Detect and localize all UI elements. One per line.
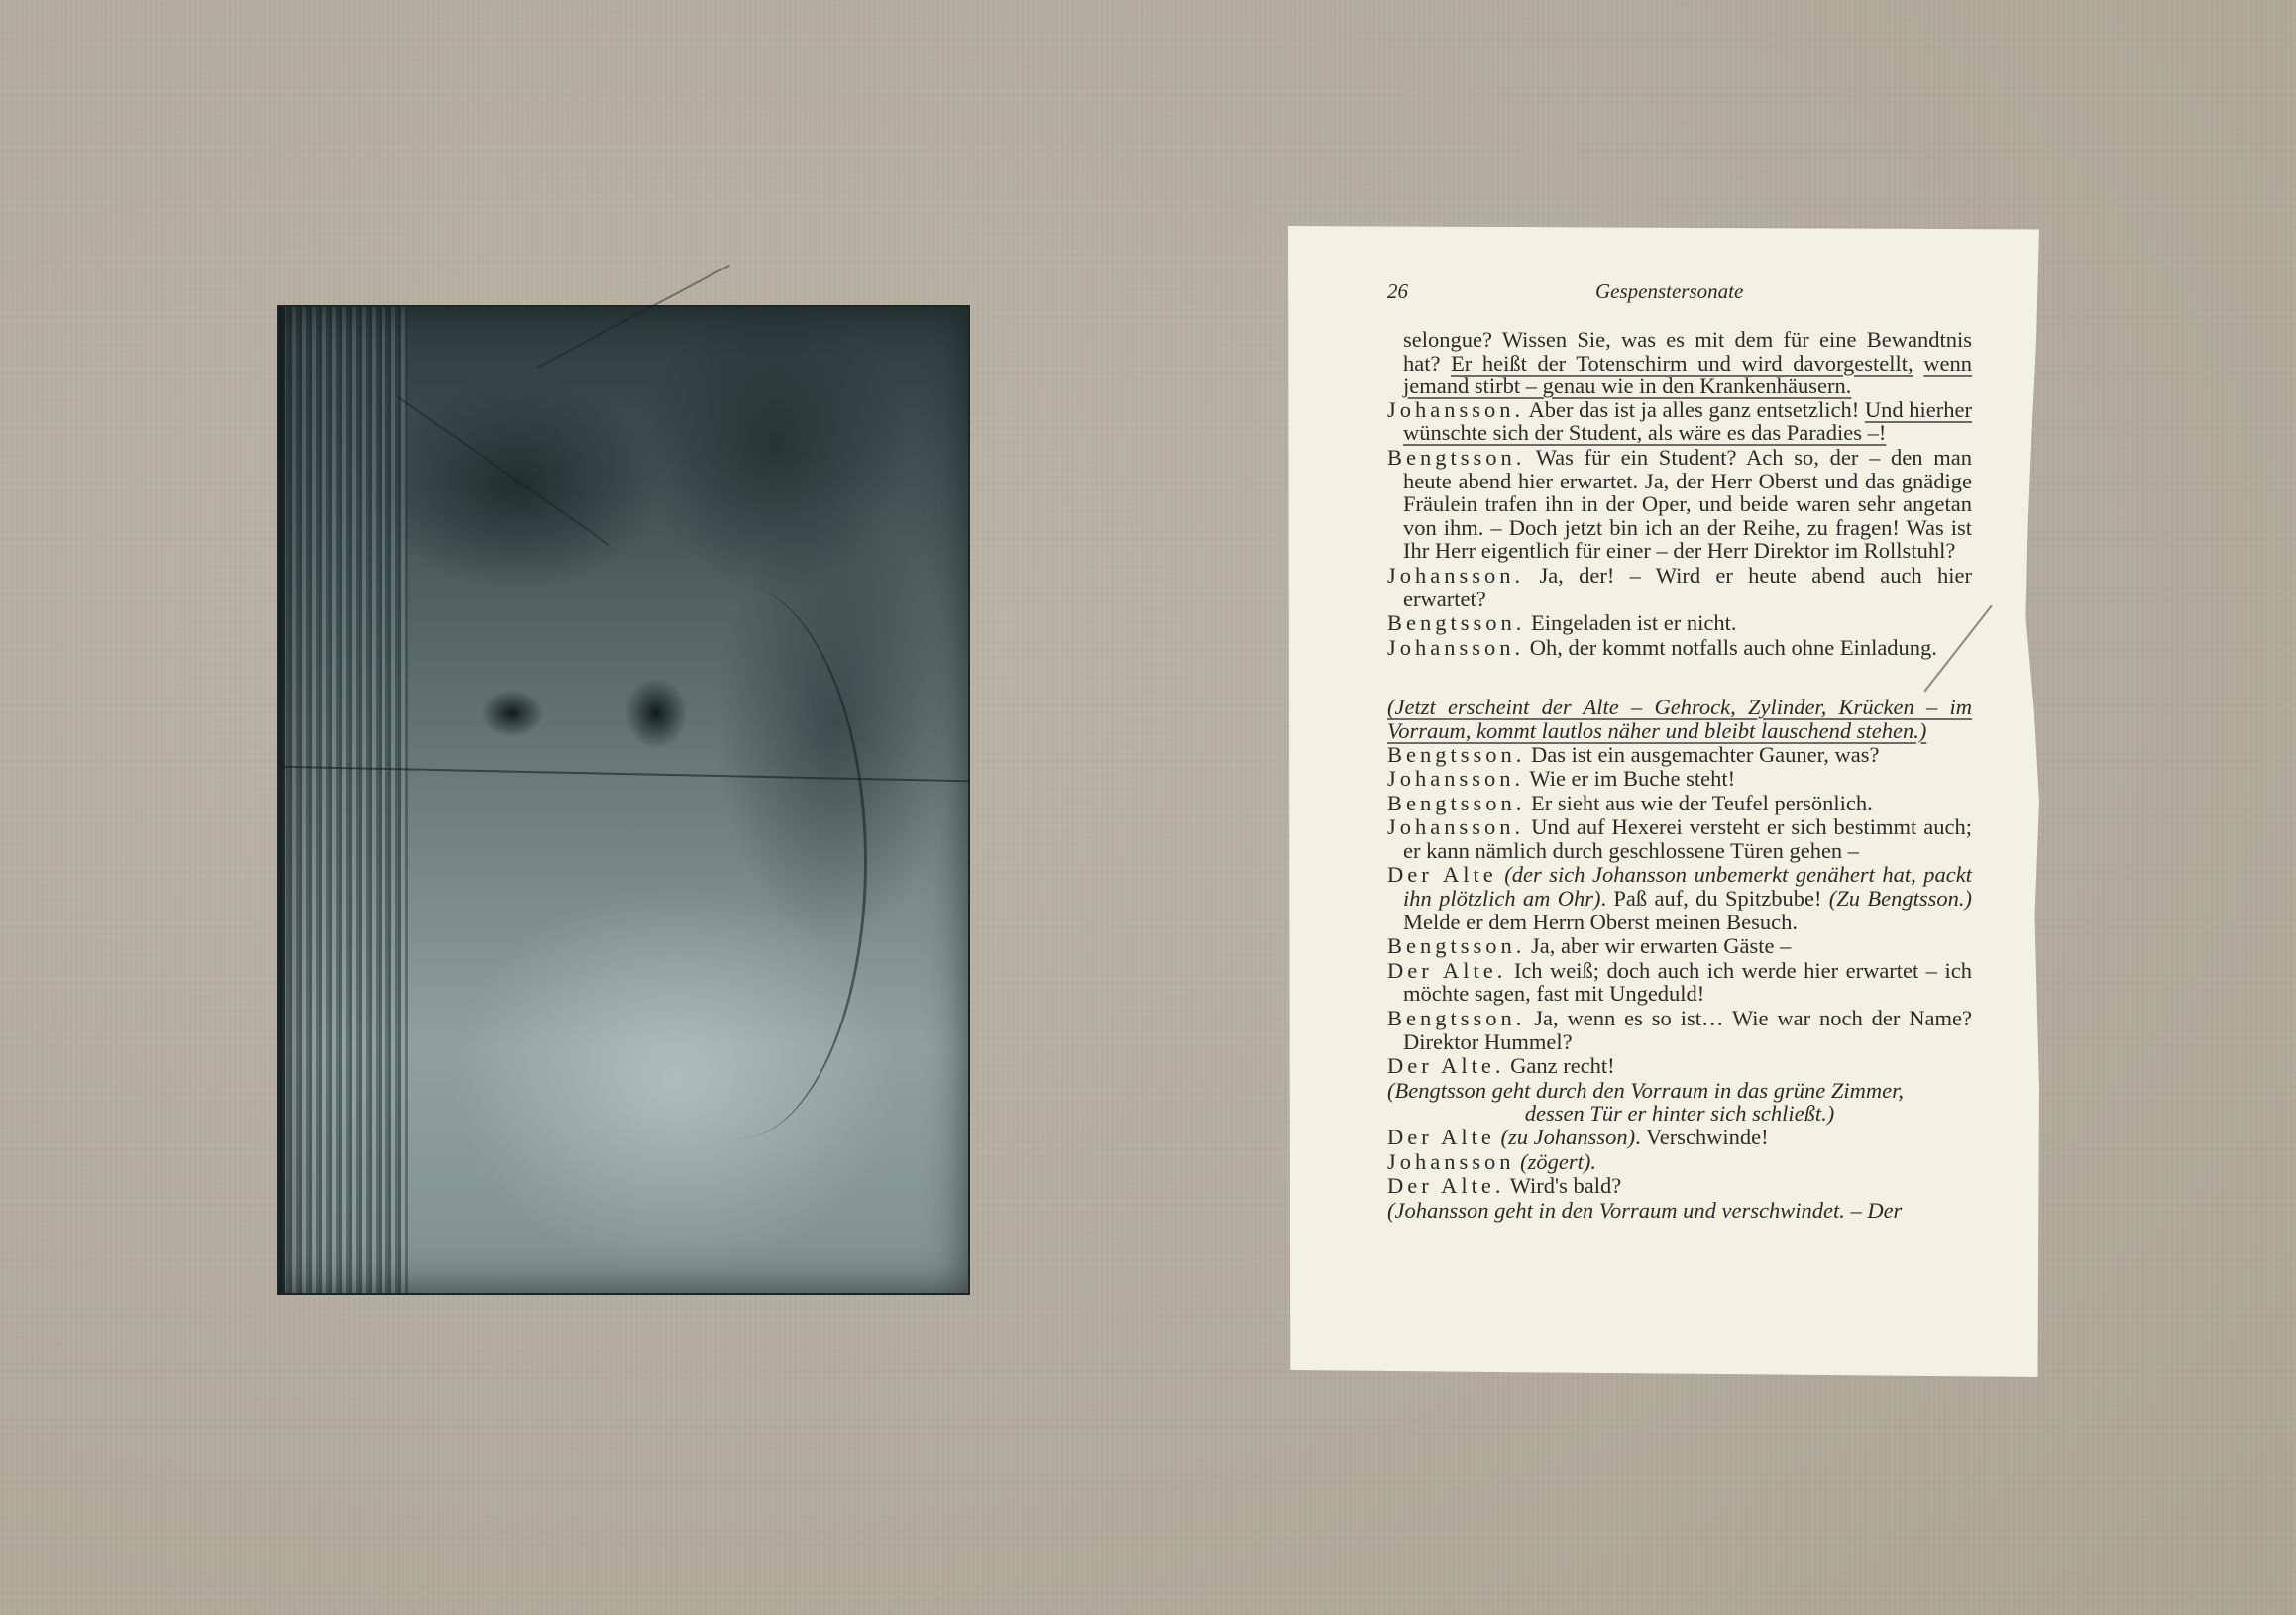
running-title: Gespenstersonate <box>1595 280 1743 304</box>
speaker: Bengtsson. <box>1387 933 1525 958</box>
speaker: Bengtsson. <box>1387 1006 1525 1030</box>
dialogue-line: Der Alte. Wird's bald? <box>1387 1174 1972 1198</box>
spacer <box>1387 660 1972 696</box>
dialogue-line: Der Alte. Ganz recht! <box>1387 1054 1972 1078</box>
speaker: Der Alte <box>1387 1125 1495 1149</box>
speaker: Der Alte. <box>1387 1173 1504 1198</box>
stage-direction: (Johansson geht in den Vorraum und versc… <box>1387 1199 1972 1223</box>
book-page: 26 Gespenstersonate selongue? Wissen Sie… <box>1288 226 2039 1377</box>
speaker: Der Alte <box>1387 862 1497 887</box>
speaker: Bengtsson. <box>1387 610 1525 635</box>
dialogue-line: Bengtsson. Das ist ein ausgemachter Gaun… <box>1387 743 1972 767</box>
speaker: Bengtsson. <box>1387 445 1525 470</box>
speaker: Johansson. <box>1387 397 1524 422</box>
dialogue-line: Bengtsson. Ja, aber wir erwarten Gäste – <box>1387 934 1972 958</box>
dialogue-line: Der Alte (der sich Johansson unbemerkt g… <box>1387 863 1972 933</box>
speaker: Johansson. <box>1387 563 1524 588</box>
stage-direction: (Jetzt erscheint der Alte – Gehrock, Zyl… <box>1387 696 1972 742</box>
speaker: Johansson. <box>1387 766 1524 791</box>
dialogue-line: Der Alte. Ich weiß; doch auch ich werde … <box>1387 959 1972 1006</box>
speaker: Der Alte. <box>1387 1053 1504 1078</box>
dialogue-line: Johansson. Wie er im Buche steht! <box>1387 767 1972 791</box>
page-number: 26 <box>1387 280 1408 304</box>
underlined-passage: Er heißt der Totenschirm und wird davorg… <box>1451 351 1913 376</box>
speaker: Johansson <box>1387 1149 1515 1174</box>
running-head: 26 Gespenstersonate <box>1387 280 1972 312</box>
dialogue-line: Johansson. Und auf Hexerei versteht er s… <box>1387 815 1972 862</box>
speaker: Bengtsson. <box>1387 791 1525 815</box>
speaker: Bengtsson. <box>1387 742 1525 767</box>
painting-stroke <box>537 265 730 369</box>
dialogue-line: Johansson. Aber das ist ja alles ganz en… <box>1387 398 1972 445</box>
dialogue-line: Bengtsson. Er sieht aus wie der Teufel p… <box>1387 792 1972 815</box>
speaker: Der Alte. <box>1387 958 1506 983</box>
speaker: Johansson. <box>1387 814 1524 839</box>
page-text-block: 26 Gespenstersonate selongue? Wissen Sie… <box>1387 280 1972 1222</box>
text-line: selongue? Wissen Sie, was es mit dem für… <box>1387 328 1972 398</box>
dialogue-line: Johansson (zögert). <box>1387 1150 1972 1174</box>
stage-direction: (Bengtsson geht durch den Vorraum in das… <box>1387 1079 1972 1103</box>
dialogue-line: Bengtsson. Ja, wenn es so ist… Wie war n… <box>1387 1007 1972 1053</box>
dialogue-line: Bengtsson. Eingeladen ist er nicht. <box>1387 611 1972 635</box>
dialogue-line: Bengtsson. Was für ein Student? Ach so, … <box>1387 446 1972 563</box>
dialogue-line: Johansson. Oh, der kommt notfalls auch o… <box>1387 636 1972 660</box>
painting-arc-stroke <box>606 585 867 1139</box>
speaker: Johansson. <box>1387 635 1524 660</box>
dialogue-line: Der Alte (zu Johansson). Verschwinde! <box>1387 1126 1972 1149</box>
stage-direction: dessen Tür er hinter sich schließt.) <box>1387 1102 1972 1126</box>
dialogue-line: Johansson. Ja, der! – Wird er heute aben… <box>1387 564 1972 610</box>
monotype-painting <box>277 305 970 1295</box>
painting-stroke <box>397 396 609 546</box>
